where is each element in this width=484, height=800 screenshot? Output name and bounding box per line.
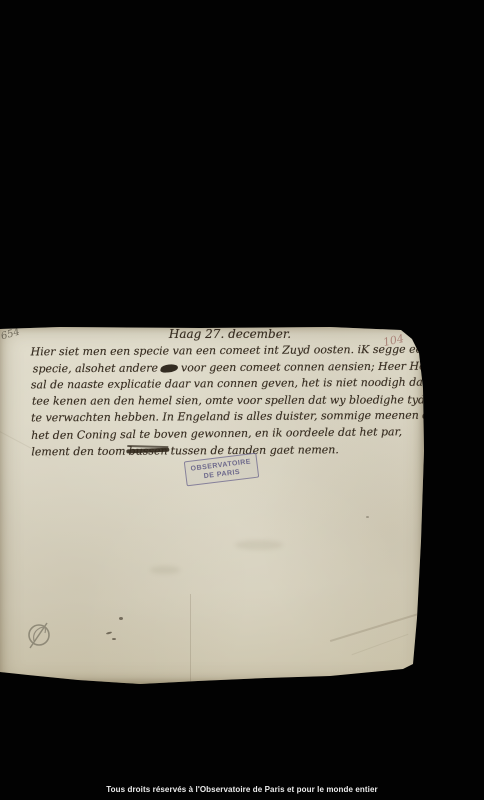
ink-speck (366, 516, 369, 518)
ink-blot-icon (160, 363, 179, 372)
ink-speck (112, 638, 116, 640)
fold-crease (352, 634, 409, 655)
manuscript-line: tee kenen aen den hemel sien, omte voor … (32, 392, 426, 410)
copyright-caption: Tous droits réservés à l'Observatoire de… (0, 785, 484, 794)
paper-smudge (150, 566, 180, 574)
ink-speck (119, 617, 123, 620)
paper-smudge (235, 540, 283, 550)
manuscript-line: sal de naaste explicatie daar van connen… (31, 375, 425, 394)
manuscript-paper: 654 Haag 27. december. 104 Hier siet men… (0, 326, 427, 686)
manuscript-text-block: Hier siet men een specie van een comeet … (31, 342, 426, 461)
pencil-monogram-icon (26, 620, 54, 654)
ink-speck (106, 631, 112, 634)
fold-crease (330, 612, 422, 642)
photo-backdrop: 654 Haag 27. december. 104 Hier siet men… (0, 0, 484, 800)
scribble-strikethrough: bussen (128, 443, 167, 460)
manuscript-heading: Haag 27. december. (150, 327, 310, 341)
folio-number-top-left: 654 (0, 327, 21, 343)
manuscript-line: specie, alsohet anderevoor geen comeet c… (33, 358, 427, 377)
fold-crease (190, 594, 191, 684)
